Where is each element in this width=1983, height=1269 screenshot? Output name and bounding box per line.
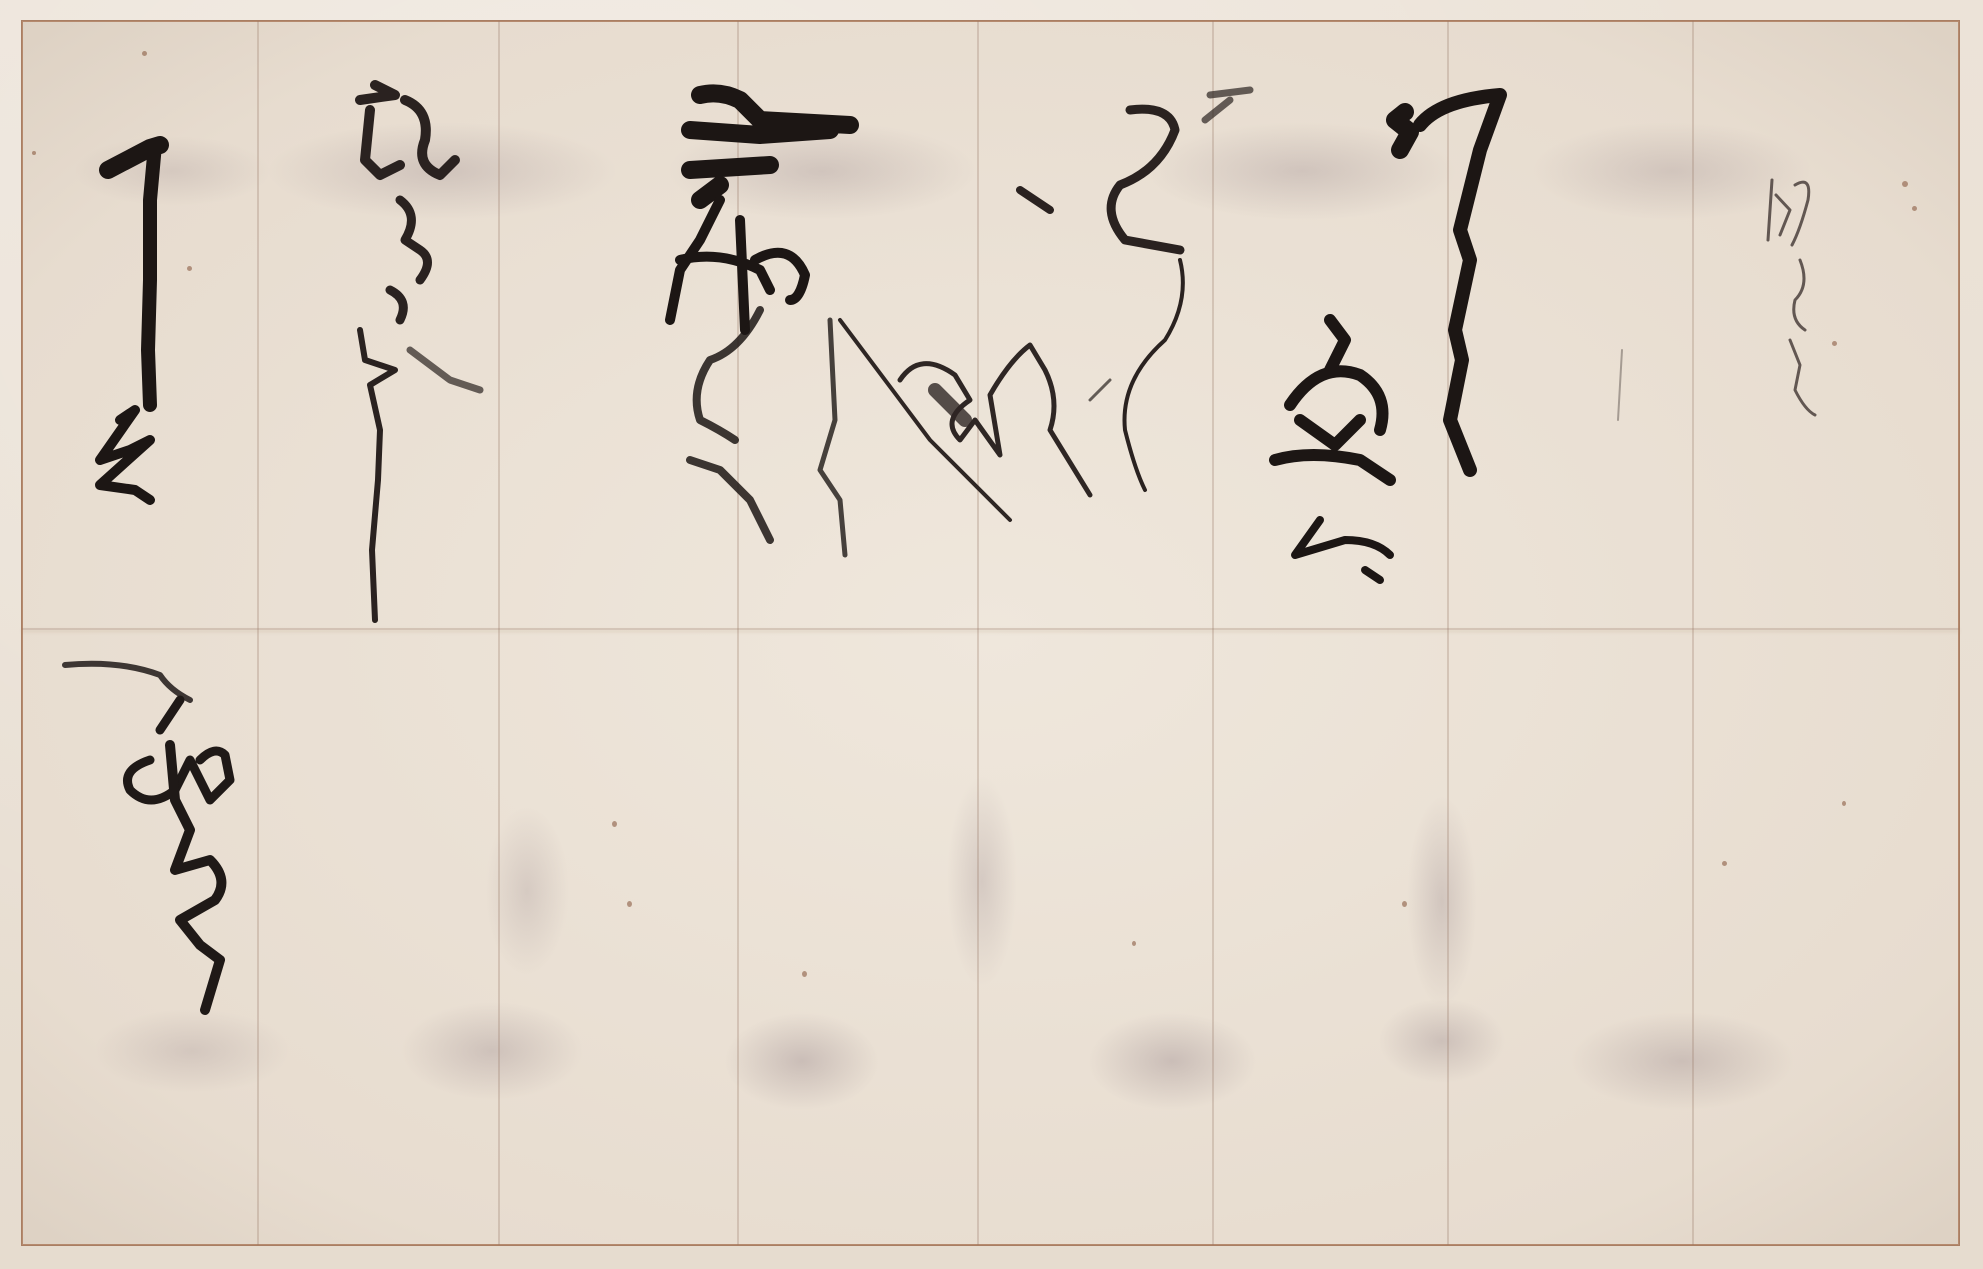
foxing-spot <box>802 971 807 977</box>
foxing-spot <box>1132 941 1136 946</box>
horizontal-fold-line <box>22 628 1959 630</box>
foxing-spot <box>1842 801 1846 806</box>
vertical-fold-line <box>1692 21 1694 1245</box>
vertical-fold-line <box>737 21 739 1245</box>
vertical-fold-line <box>1447 21 1449 1245</box>
foxing-spot <box>627 901 632 907</box>
foxing-spot <box>1912 206 1917 211</box>
foxing-spot <box>187 266 192 271</box>
vertical-fold-line <box>257 21 259 1245</box>
vertical-fold-line <box>498 21 500 1245</box>
foxing-spot <box>1832 341 1837 346</box>
foxing-spot <box>612 821 617 827</box>
foxing-spot <box>1402 901 1407 907</box>
letter-paper <box>21 20 1960 1246</box>
vertical-fold-line <box>977 21 979 1245</box>
foxing-spot <box>1902 181 1908 187</box>
foxing-spot <box>142 51 147 56</box>
foxing-spot <box>1722 861 1727 866</box>
vertical-fold-line <box>1212 21 1214 1245</box>
foxing-spot <box>32 151 36 155</box>
